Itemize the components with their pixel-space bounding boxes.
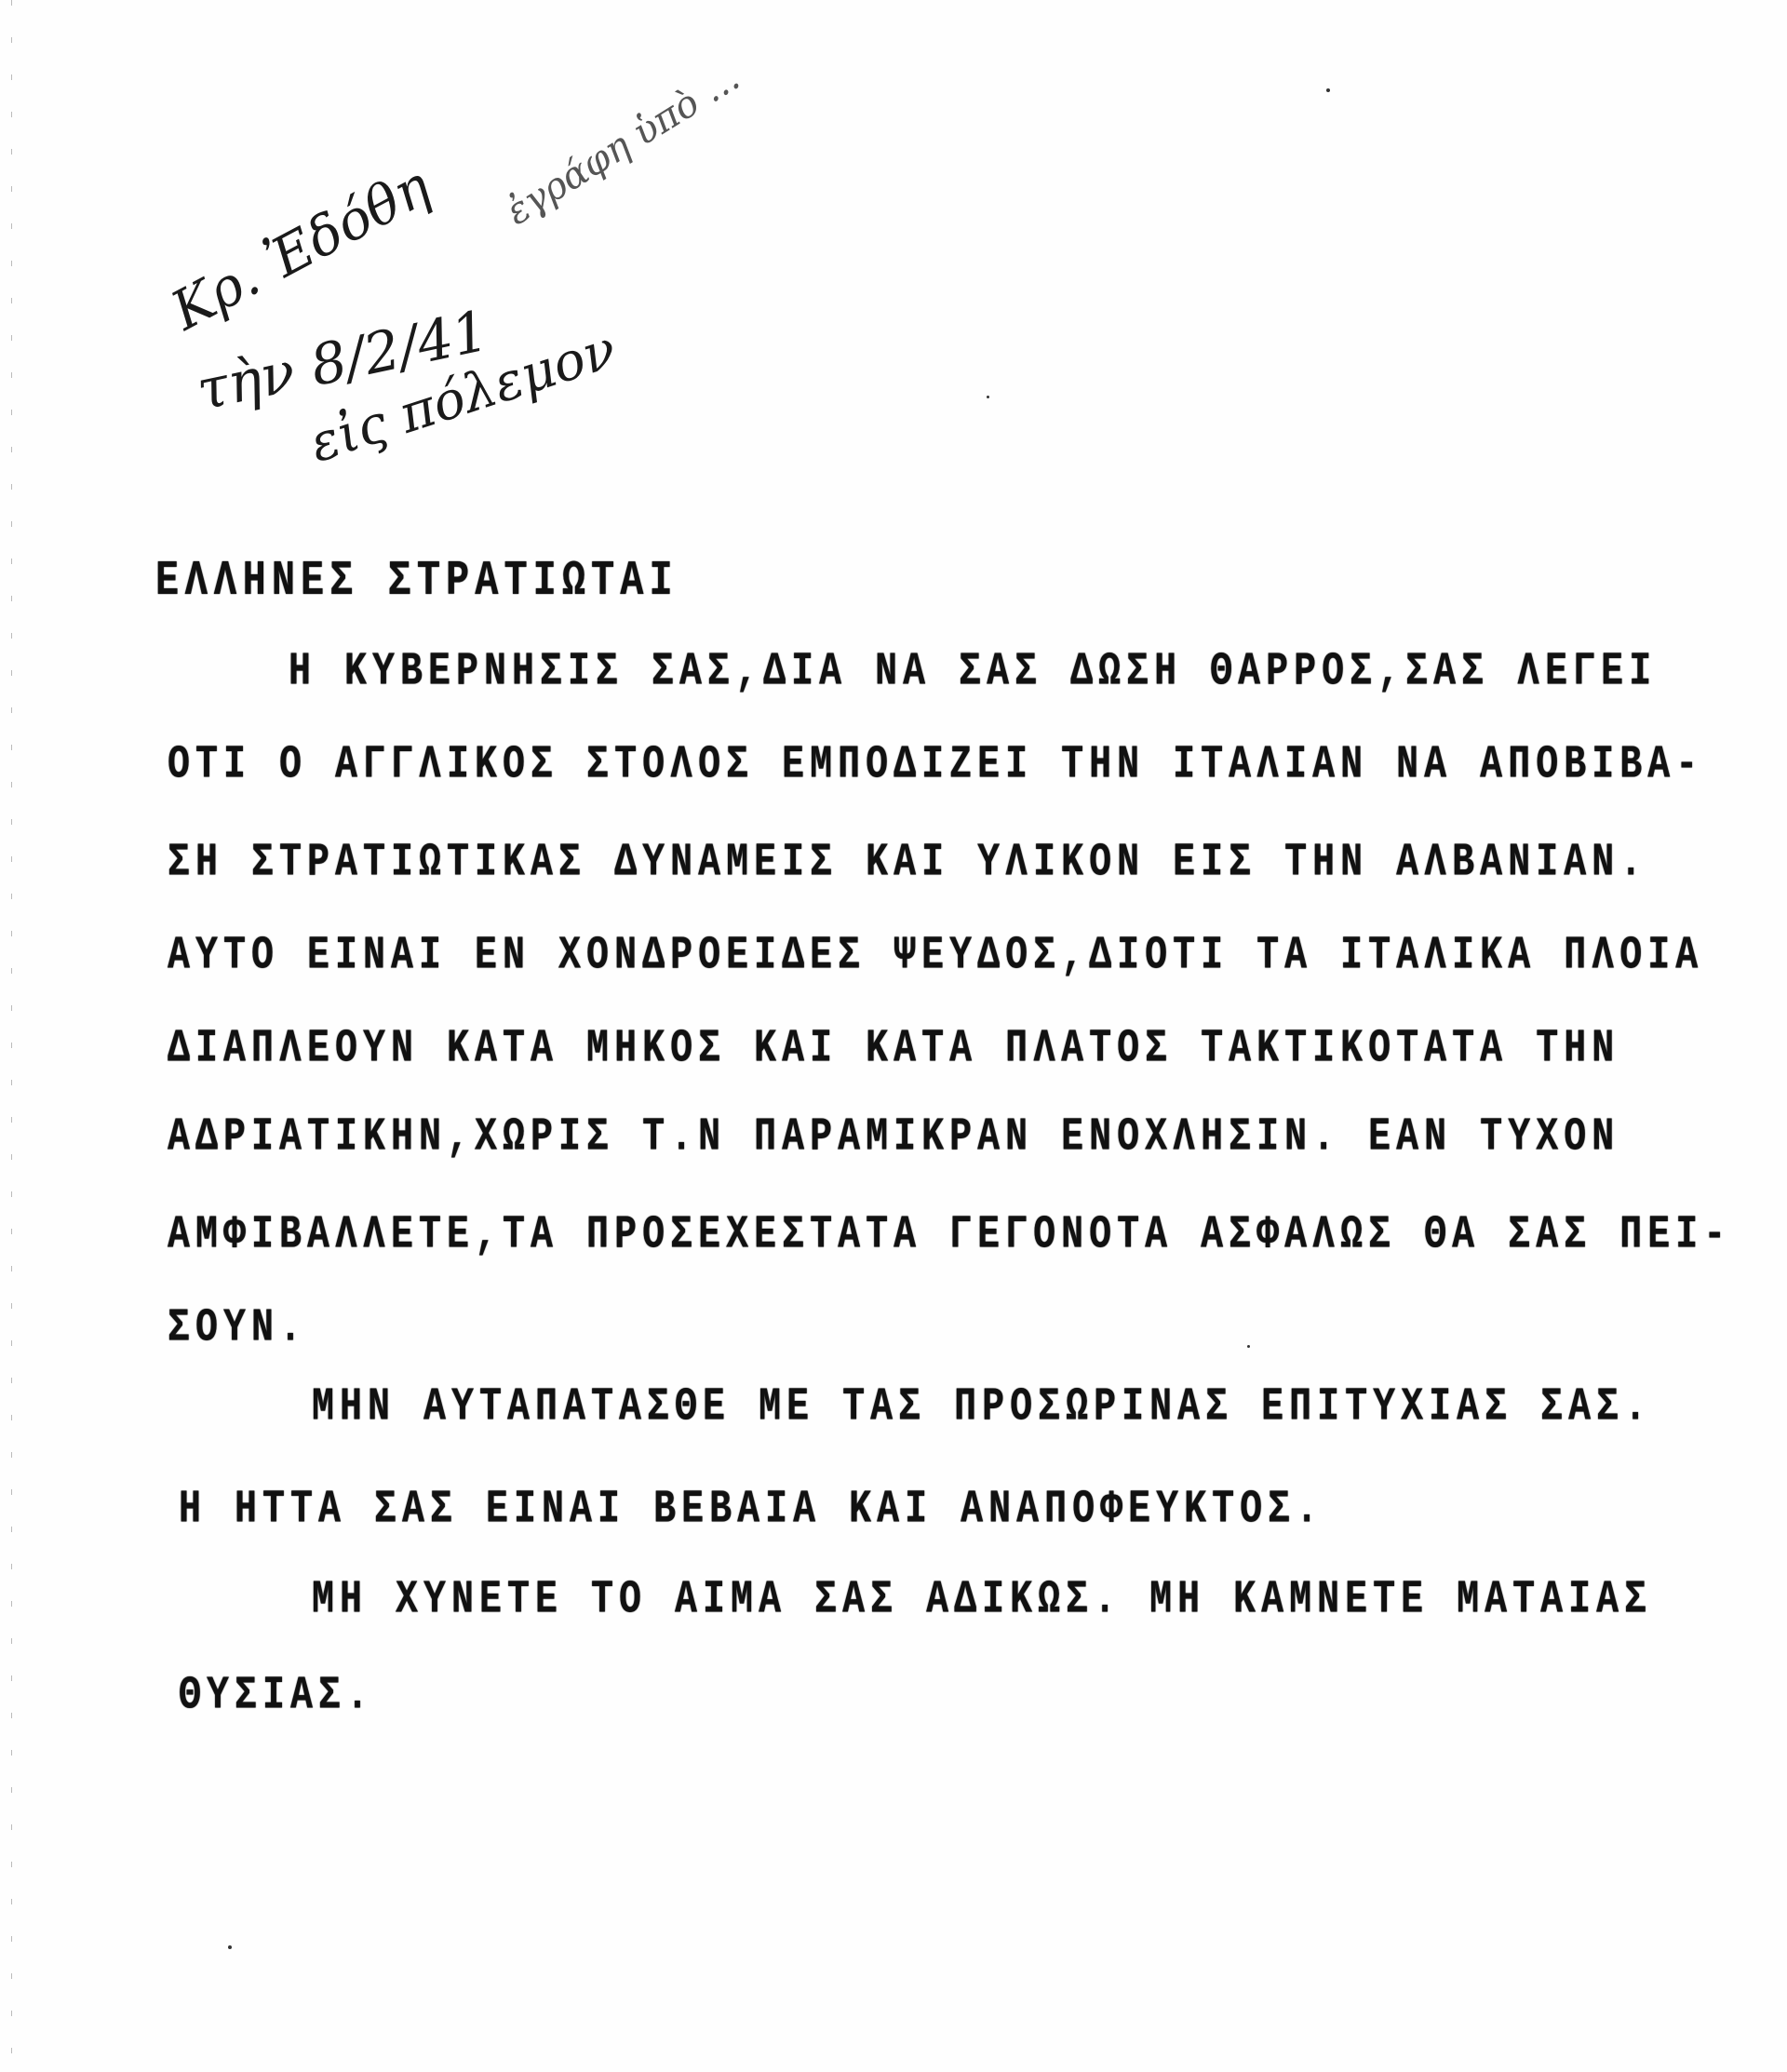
leaflet-line: ΣΗ ΣΤΡΑΤΙΩΤΙΚΑΣ ΔΥΝΑΜΕΙΣ ΚΑΙ ΥΛΙΚΟΝ ΕΙΣ … [168,837,1647,889]
scan-edge-artifact [11,0,12,2072]
leaflet-line: Η ΚΥΒΕΡΝΗΣΙΣ ΣΑΣ,ΔΙΑ ΝΑ ΣΑΣ ΔΩΣΗ ΘΑΡΡΟΣ,… [289,646,1657,698]
leaflet-line: Η ΗΤΤΑ ΣΑΣ ΕΙΝΑΙ ΒΕΒΑΙΑ ΚΑΙ ΑΝΑΠΟΦΕΥΚΤΟΣ… [179,1484,1323,1536]
leaflet-line: ΑΔΡΙΑΤΙΚΗΝ,ΧΩΡΙΣ Τ.Ν ΠΑΡΑΜΙΚΡΑΝ ΕΝΟΧΛΗΣΙ… [168,1111,1619,1164]
scan-speck [1247,1345,1250,1348]
leaflet-line: ΟΤΙ Ο ΑΓΓΛΙΚΟΣ ΣΤΟΛΟΣ ΕΜΠΟΔΙΖΕΙ ΤΗΝ ΙΤΑΛ… [168,739,1703,791]
handwritten-note-line-0: ἐγράφη ὑπὸ ... [499,56,747,234]
leaflet-line: ΔΙΑΠΛΕΟΥΝ ΚΑΤΑ ΜΗΚΟΣ ΚΑΙ ΚΑΤΑ ΠΛΑΤΟΣ ΤΑΚ… [168,1023,1619,1075]
document-page: ἐγράφη ὑπὸ ... Κρ. Ἐδόθη τὴν 8/2/41 εἰς … [0,0,1787,2072]
scan-speck [987,396,989,398]
scan-speck [1326,88,1330,92]
handwritten-note-line-1: Κρ. Ἐδόθη [161,155,440,343]
leaflet-line: ΜΗ ΧΥΝΕΤΕ ΤΟ ΑΙΜΑ ΣΑΣ ΑΔΙΚΩΣ. ΜΗ ΚΑΜΝΕΤΕ… [312,1574,1652,1626]
leaflet-line: ΑΥΤΟ ΕΙΝΑΙ ΕΝ ΧΟΝΔΡΟΕΙΔΕΣ ΨΕΥΔΟΣ,ΔΙΟΤΙ Τ… [168,930,1703,982]
leaflet-line: ΜΗΝ ΑΥΤΑΠΑΤΑΣΘΕ ΜΕ ΤΑΣ ΠΡΟΣΩΡΙΝΑΣ ΕΠΙΤΥΧ… [312,1381,1652,1433]
leaflet-line: ΣΟΥΝ. [168,1302,307,1354]
leaflet-line: ΘΥΣΙΑΣ. [179,1670,374,1722]
leaflet-heading: ΕΛΛΗΝΕΣ ΣΤΡΑΤΙΩΤΑΙ [155,553,679,609]
leaflet-line: ΑΜΦΙΒΑΛΛΕΤΕ,ΤΑ ΠΡΟΣΕΧΕΣΤΑΤΑ ΓΕΓΟΝΟΤΑ ΑΣΦ… [168,1209,1731,1261]
scan-speck [228,1945,232,1949]
